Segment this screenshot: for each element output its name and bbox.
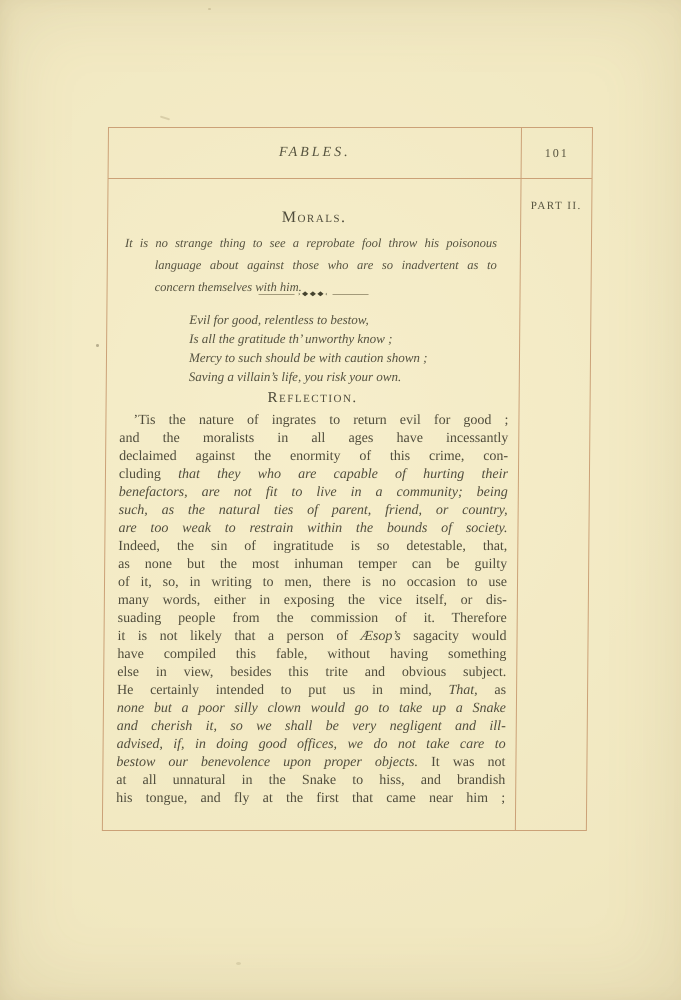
text-line: such, as the natural ties of parent, fri… <box>119 502 508 520</box>
text-line: language about against those who are so … <box>155 254 497 276</box>
text-line: It is no strange thing to see a reprobat… <box>125 232 497 254</box>
reflection-text: ’Tis the nature of ingrates to return ev… <box>116 412 508 808</box>
text-line: Saving a villain’s life, you risk your o… <box>189 367 509 386</box>
text-line: Is all the gratitude th’ unworthy know ; <box>189 329 509 348</box>
text-line: his tongue, and fly at the first that ca… <box>116 790 505 808</box>
text-line: He certainly intended to put us in mind,… <box>117 682 506 700</box>
text-line: benefactors, are not fit to live in a co… <box>119 484 508 502</box>
text-line: suading people from the commission of it… <box>118 610 507 628</box>
page-number: 101 <box>522 128 592 178</box>
text-line: declaimed against the enormity of this c… <box>119 448 508 466</box>
text-line: Evil for good, relentless to bestow, <box>189 310 509 329</box>
page-body: Morals. It is no strange thing to see a … <box>103 178 521 830</box>
text-line: ’Tis the nature of ingrates to return ev… <box>119 412 508 430</box>
paper-speck <box>96 344 99 347</box>
text-line: bestow our benevolence upon proper objec… <box>116 754 505 772</box>
page-border-frame: FABLES. 101 PART II. Morals. It is no st… <box>102 127 593 831</box>
text-line: are too weak to restrain within the boun… <box>118 520 507 538</box>
section-divider-ornament: ›◆◆◆‹ <box>107 288 519 300</box>
ornament-glyphs: ›◆◆◆‹ <box>298 291 329 297</box>
text-line: advised, if, in doing good offices, we d… <box>117 736 506 754</box>
running-title: FABLES. <box>109 128 521 178</box>
text-line: and cherish it, so we shall be very negl… <box>117 718 506 736</box>
text-line: and the moralists in all ages have inces… <box>119 430 508 448</box>
text-line: many words, either in exposing the vice … <box>118 592 507 610</box>
text-line: as none but the most inhuman temper can … <box>118 556 507 574</box>
morals-heading: Morals. <box>108 209 520 227</box>
part-label: PART II. <box>521 200 591 212</box>
paper-speck <box>208 8 211 10</box>
paper-speck <box>160 116 170 121</box>
text-line: at all unnatural in the Snake to hiss, a… <box>116 772 505 790</box>
text-line: have compiled this fable, without having… <box>117 646 506 664</box>
verse: Evil for good, relentless to bestow,Is a… <box>189 310 510 386</box>
text-line: of it, so, in writing to men, there is n… <box>118 574 507 592</box>
text-line: Indeed, the sin of ingratitude is so det… <box>118 538 507 556</box>
text-line: it is not likely that a person of Æsop’s… <box>117 628 506 646</box>
text-line: none but a poor silly clown would go to … <box>117 700 506 718</box>
reflection-heading: Reflection. <box>107 390 519 407</box>
text-line: Mercy to such should be with caution sho… <box>189 348 509 367</box>
text-line: cluding that they who are capable of hur… <box>119 466 508 484</box>
text-line: else in view, besides this trite and obv… <box>117 664 506 682</box>
paper-speck <box>236 962 241 965</box>
